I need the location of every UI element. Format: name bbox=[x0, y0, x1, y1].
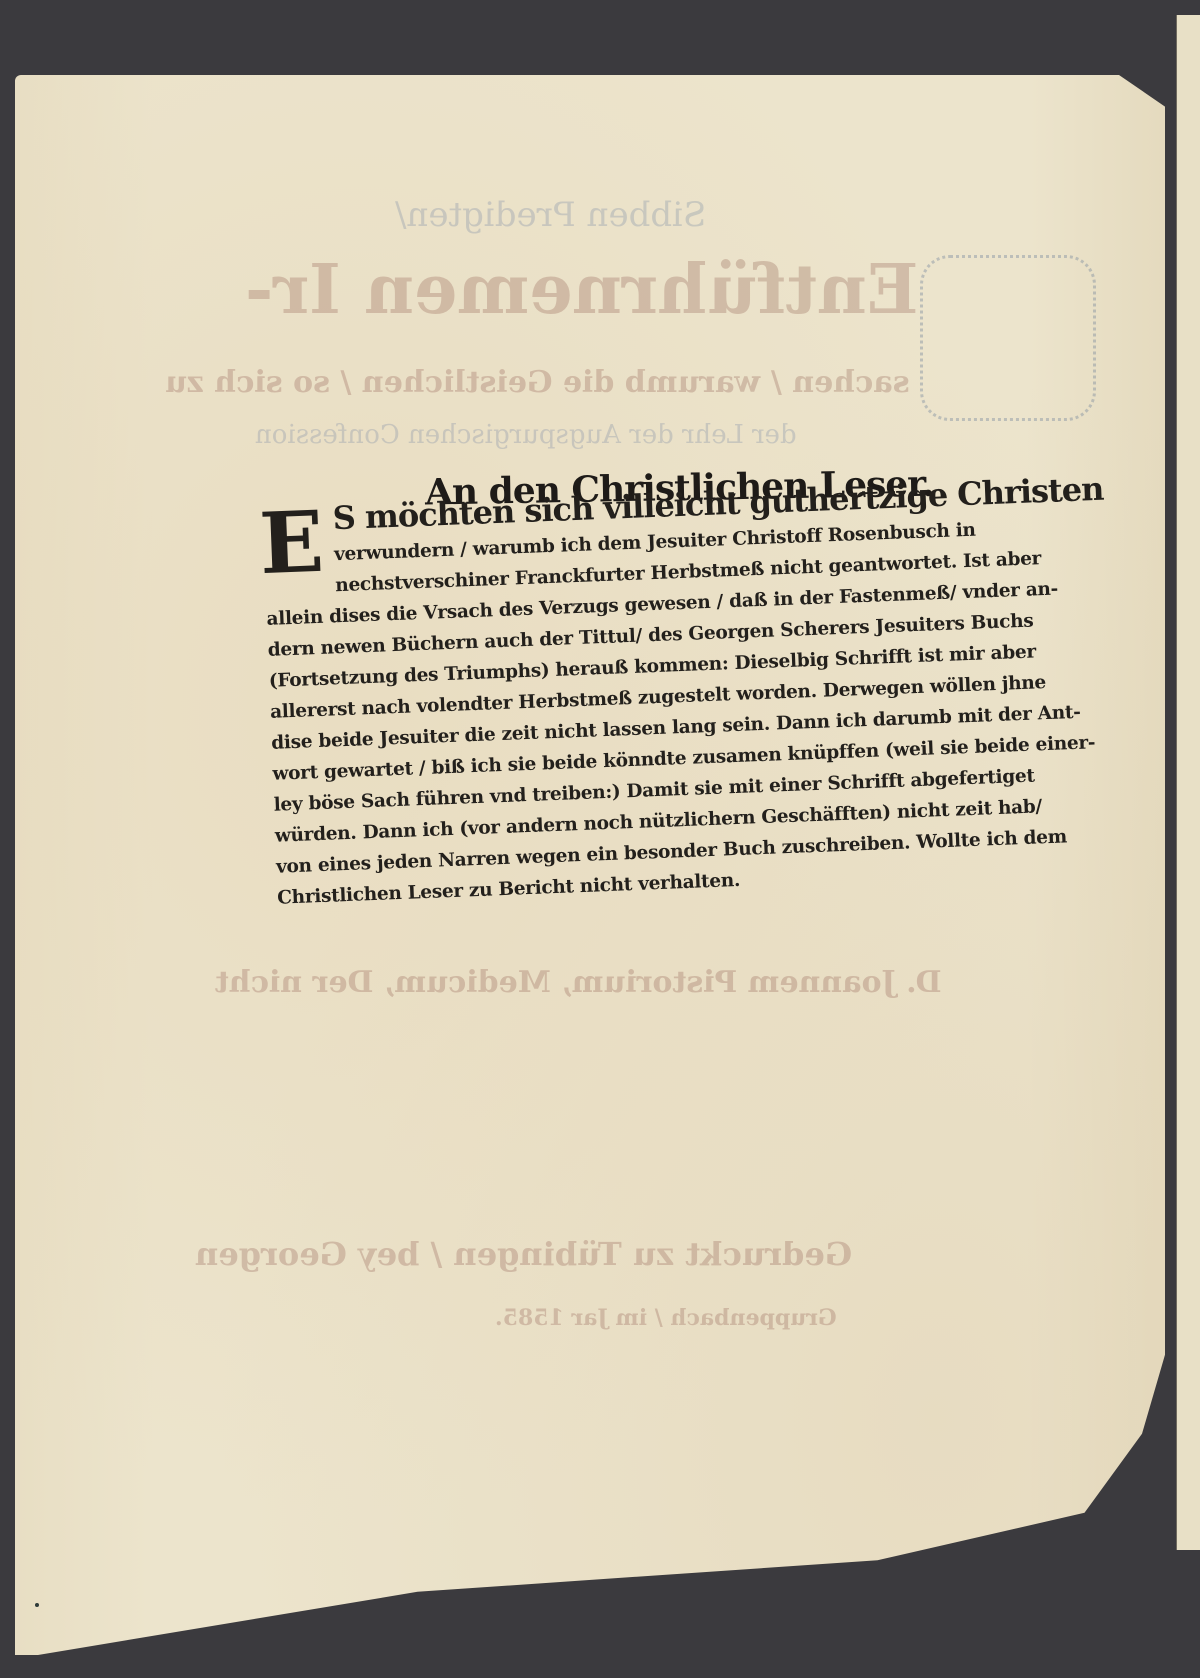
bleed-line: Gruppenbach / im Jar 1585. bbox=[495, 1305, 837, 1331]
paper-speck bbox=[35, 1603, 39, 1607]
bleed-line: Entführnemen Ir- bbox=[245, 250, 919, 330]
bleed-line: Gedruckt zu Tübingen / bey Georgen bbox=[195, 1235, 852, 1273]
bleed-line: sachen / warumb die Geistlichen / so sic… bbox=[165, 365, 910, 400]
ornament-bleed bbox=[920, 255, 1096, 421]
bleed-line: der Lehr der Augspurgischen Confession bbox=[255, 420, 797, 450]
drop-cap-initial: E bbox=[258, 500, 325, 586]
bleed-line: D. Joannem Pistorium, Medicum, Der nicht bbox=[215, 965, 942, 1000]
next-page-edge bbox=[1176, 15, 1200, 1550]
bleed-line: Sibben Predigten/ bbox=[395, 195, 706, 235]
body-text: E S möchten sich villeicht guthertzige C… bbox=[262, 468, 1102, 913]
